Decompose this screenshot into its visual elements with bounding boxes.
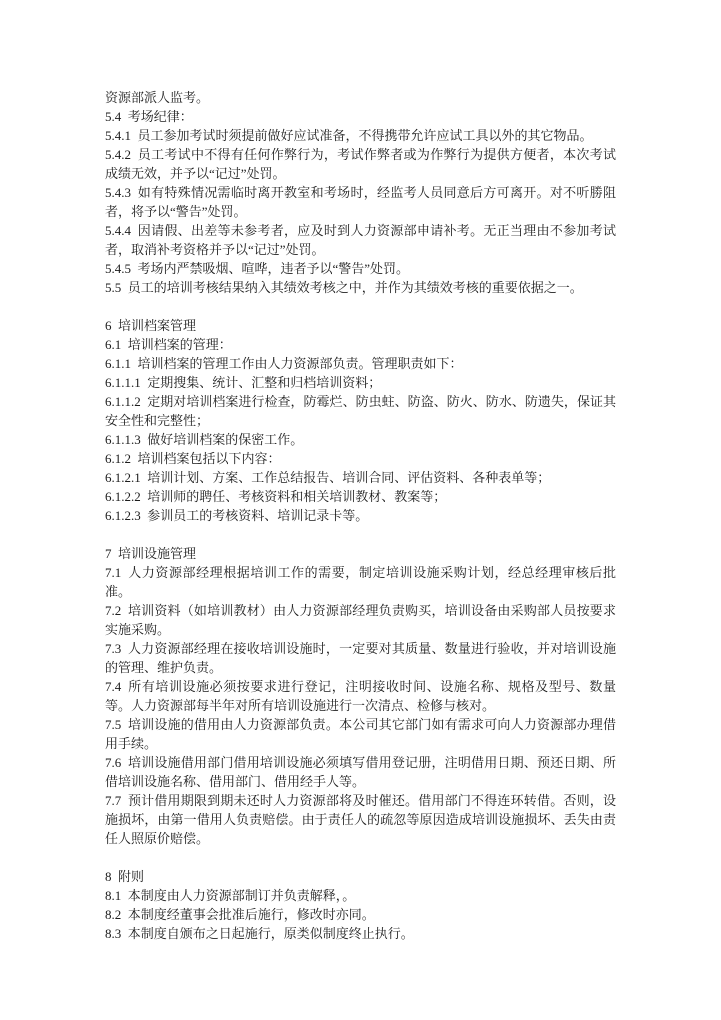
paragraph-7-7: 7.7 预计借用期限到期未还时人力资源部将及时催还。借用部门不得连环转借。否则，… [105, 791, 616, 848]
paragraph-7-6: 7.6 培训设施借用部门借用培训设施必须填写借用登记册，注明借用日期、预还日期、… [105, 753, 616, 791]
paragraph-8-1: 8.1 本制度由人力资源部制订并负责解释，。 [105, 886, 616, 905]
paragraph-6-1-1-1: 6.1.1.1 定期搜集、统计、汇整和归档培训资料； [105, 373, 616, 392]
paragraph-6-1-2-1: 6.1.2.1 培训计划、方案、工作总结报告、培训合同、评估资料、各种表单等； [105, 468, 616, 487]
paragraph-6-1-2-2: 6.1.2.2 培训师的聘任、考核资料和相关培训教材、教案等； [105, 487, 616, 506]
section-heading-8: 8 附则 [105, 867, 616, 886]
paragraph-6-1-1: 6.1.1 培训档案的管理工作由人力资源部负责。管理职责如下： [105, 354, 616, 373]
paragraph-6-1-2: 6.1.2 培训档案包括以下内容： [105, 449, 616, 468]
paragraph-5-4-3: 5.4.3 如有特殊情况需临时离开教室和考场时，经监考人员同意后方可离开。对不听… [105, 183, 616, 221]
paragraph-5-4-4: 5.4.4 因请假、出差等未参考者，应及时到人力资源部申请补考。无正当理由不参加… [105, 221, 616, 259]
paragraph-7-2: 7.2 培训资料（如培训教材）由人力资源部经理负责购买，培训设备由采购部人员按要… [105, 601, 616, 639]
paragraph-7-3: 7.3 人力资源部经理在接收培训设施时，一定要对其质量、数量进行验收，并对培训设… [105, 639, 616, 677]
paragraph-7-1: 7.1 人力资源部经理根据培训工作的需要，制定培训设施采购计划，经总经理审核后批… [105, 563, 616, 601]
paragraph-6-1-1-3: 6.1.1.3 做好培训档案的保密工作。 [105, 430, 616, 449]
paragraph-7-4: 7.4 所有培训设施必须按要求进行登记，注明接收时间、设施名称、规格及型号、数量… [105, 677, 616, 715]
paragraph-8-3: 8.3 本制度自颁布之日起施行，原类似制度终止执行。 [105, 924, 616, 943]
paragraph-6-1-1-2: 6.1.1.2 定期对培训档案进行检查，防霉烂、防虫蛀、防盗、防火、防水、防遗失… [105, 392, 616, 430]
paragraph-carryover: 资源部派人监考。 [105, 88, 616, 107]
paragraph-8-2: 8.2 本制度经董事会批准后施行，修改时亦同。 [105, 905, 616, 924]
section-training-archives: 6 培训档案管理 6.1 培训档案的管理： 6.1.1 培训档案的管理工作由人力… [105, 316, 616, 525]
paragraph-5-5: 5.5 员工的培训考核结果纳入其绩效考核之中，并作为其绩效考核的重要依据之一。 [105, 278, 616, 297]
paragraph-5-4-1: 5.4.1 员工参加考试时须提前做好应试准备，不得携带允许应试工具以外的其它物品… [105, 126, 616, 145]
section-training-facilities: 7 培训设施管理 7.1 人力资源部经理根据培训工作的需要，制定培训设施采购计划… [105, 544, 616, 848]
paragraph-6-1-2-3: 6.1.2.3 参训员工的考核资料、培训记录卡等。 [105, 506, 616, 525]
paragraph-7-5: 7.5 培训设施的借用由人力资源部负责。本公司其它部门如有需求可向人力资源部办理… [105, 715, 616, 753]
section-supplementary-provisions: 8 附则 8.1 本制度由人力资源部制订并负责解释，。 8.2 本制度经董事会批… [105, 867, 616, 943]
paragraph-5-4-5: 5.4.5 考场内严禁吸烟、喧哗，违者予以“警告”处罚。 [105, 259, 616, 278]
paragraph-5-4-2: 5.4.2 员工考试中不得有任何作弊行为，考试作弊者或为作弊行为提供方便者，本次… [105, 145, 616, 183]
paragraph-5-4: 5.4 考场纪律： [105, 107, 616, 126]
section-heading-7: 7 培训设施管理 [105, 544, 616, 563]
section-heading-6: 6 培训档案管理 [105, 316, 616, 335]
paragraph-6-1: 6.1 培训档案的管理： [105, 335, 616, 354]
section-exam-discipline: 资源部派人监考。 5.4 考场纪律： 5.4.1 员工参加考试时须提前做好应试准… [105, 88, 616, 297]
document-page: 资源部派人监考。 5.4 考场纪律： 5.4.1 员工参加考试时须提前做好应试准… [0, 0, 721, 1020]
